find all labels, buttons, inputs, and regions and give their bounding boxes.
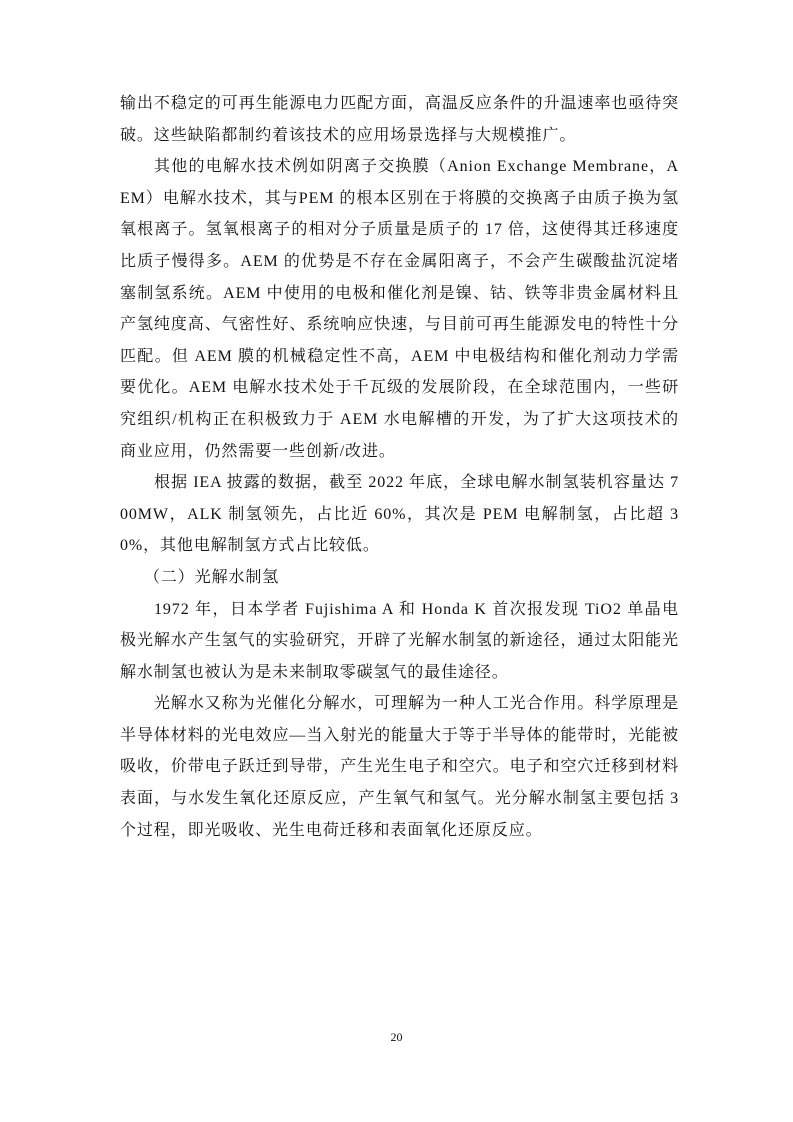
paragraph-photolysis-principle: 光解水又称为光催化分解水，可理解为一种人工光合作用。科学原理是半导体材料的光电效…	[120, 688, 679, 846]
paragraph-electrolysis-limitations: 输出不稳定的可再生能源电力匹配方面，高温反应条件的升温速率也亟待突破。这些缺陷都…	[120, 88, 679, 151]
paragraph-iea-capacity-data: 根据 IEA 披露的数据，截至 2022 年底，全球电解水制氢装机容量达 700…	[120, 467, 679, 562]
document-page: 输出不稳定的可再生能源电力匹配方面，高温反应条件的升温速率也亟待突破。这些缺陷都…	[0, 0, 793, 1122]
page-number: 20	[0, 1030, 793, 1045]
paragraph-aem-electrolysis: 其他的电解水技术例如阴离子交换膜（Anion Exchange Membrane…	[120, 151, 679, 467]
section-heading-photolysis: （二）光解水制氢	[120, 562, 679, 594]
paragraph-photolysis-history: 1972 年，日本学者 Fujishima A 和 Honda K 首次报发现 …	[120, 594, 679, 689]
page-body: 输出不稳定的可再生能源电力匹配方面，高温反应条件的升温速率也亟待突破。这些缺陷都…	[120, 88, 679, 846]
